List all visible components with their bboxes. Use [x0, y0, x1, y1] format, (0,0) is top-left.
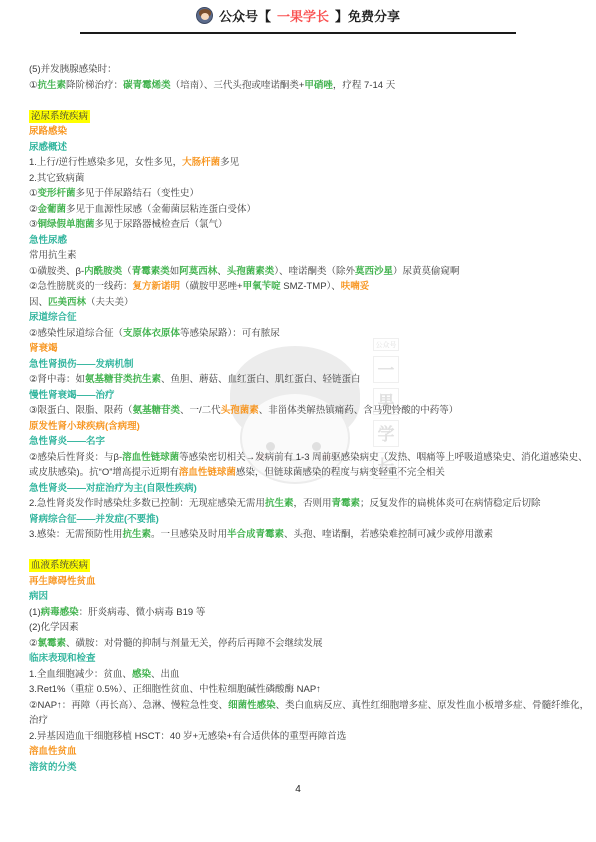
subsection-heading: 肾病综合征——并发症(不要推): [29, 512, 581, 528]
section-heading: 肾衰竭: [29, 341, 581, 357]
text-segment: 1.全血细胞减少：贫血、: [29, 669, 132, 680]
text-segment: 、出血: [151, 669, 180, 680]
text-segment: （: [122, 266, 132, 277]
text-line: ①抗生素降阶梯治疗：碳青霉烯类（培南）、三代头孢或喹诺酮类+甲硝唑，疗程 7-1…: [29, 78, 581, 94]
text-segment: 急性肾炎——名字: [29, 436, 105, 447]
text-segment: ②感染后性肾炎：与β-: [29, 452, 122, 463]
text-segment: 变形杆菌: [38, 188, 76, 199]
text-segment: 原发性肾小球疾病(含病理): [29, 421, 140, 432]
text-segment: 临床表现和检查: [29, 653, 96, 664]
text-segment: ）尿黄莫偷窥啊: [393, 266, 460, 277]
text-segment: 慢性肾衰竭——治疗: [29, 390, 115, 401]
text-line: 1.上行/逆行性感染多见，女性多见，大肠杆菌多见: [29, 155, 581, 171]
text-line: 常用抗生素: [29, 248, 581, 264]
text-segment: 多见: [220, 157, 239, 168]
text-segment: 或皮肤感染)。抗“O”增高提示近期有: [29, 467, 179, 478]
text-line: 2.异基因造血干细胞移植 HSCT：40 岁+无感染+有合适供体的重型再障首选: [29, 729, 581, 745]
text-segment: 、一/二代: [180, 405, 221, 416]
section-heading: 再生障碍性贫血: [29, 574, 581, 590]
text-segment: ③: [29, 219, 38, 230]
text-segment: 多见于伴尿路结石（变性史）: [76, 188, 200, 199]
text-line: (1)病毒感染：肝炎病毒、微小病毒 B19 等: [29, 605, 581, 621]
text-segment: 阿莫西林: [179, 266, 217, 277]
text-segment: ，否则用: [293, 498, 331, 509]
text-segment: (1): [29, 607, 41, 618]
text-segment: 抗生素: [122, 529, 151, 540]
text-segment: 3.感染：无需预防性用: [29, 529, 122, 540]
text-segment: ②: [29, 638, 38, 649]
text-segment: 治疗: [29, 715, 48, 726]
text-segment: 急性尿感: [29, 235, 67, 246]
subsection-heading: 尿感概述: [29, 140, 581, 156]
text-segment: 2.其它致病菌: [29, 173, 84, 184]
boy-avatar-icon: [196, 7, 213, 24]
text-segment: 3.Ret1%（重症 0.5%）、正细胞性贫血、中性粒细胞碱性磷酸酶 NAP↑: [29, 684, 321, 695]
text-segment: 溶血性链球菌: [179, 467, 236, 478]
text-segment: 氯霉素: [38, 638, 67, 649]
text-segment: 多见于血源性尿感（金葡菌层粘连蛋白受体）: [66, 204, 256, 215]
text-segment: 因、: [29, 297, 48, 308]
text-segment: ②感染性尿道综合征（: [29, 328, 123, 339]
text-segment: 细菌性感染: [228, 700, 276, 711]
text-line: ②肾中毒：如氨基糖苷类抗生素、鱼胆、蘑菇、血红蛋白、肌红蛋白、轻链蛋白: [29, 372, 581, 388]
text-segment: 铜绿假单胞菌: [38, 219, 95, 230]
text-line: 1.全血细胞减少：贫血、感染、出血: [29, 667, 581, 683]
subsection-heading: 溶贫的分类: [29, 760, 581, 776]
text-segment: 溶血性贫血: [29, 746, 77, 757]
text-segment: 病毒感染: [41, 607, 79, 618]
text-line: 2.其它致病菌: [29, 171, 581, 187]
text-segment: ：肝炎病毒、微小病毒 B19 等: [79, 607, 206, 618]
text-segment: ，疗程 7-14 天: [333, 80, 395, 91]
text-segment: (5)并发胰腺感染时：: [29, 64, 117, 75]
header-title-suffix: 】免费分享: [335, 6, 400, 25]
text-segment: 尿路感染: [29, 126, 67, 137]
subsection-heading: 临床表现和检查: [29, 651, 581, 667]
text-segment: ①: [29, 188, 38, 199]
text-segment: 泌尿系统疾病: [31, 111, 88, 122]
text-segment: 支原体衣原体: [123, 328, 180, 339]
section-heading: 溶血性贫血: [29, 744, 581, 760]
text-segment: 2.异基因造血干细胞移植 HSCT：40 岁+无感染+有合适供体的重型再障首选: [29, 731, 346, 742]
text-segment: 急性肾损伤——发病机制: [29, 359, 134, 370]
highlighted-section-title: 泌尿系统疾病: [29, 109, 581, 125]
text-segment: 肾病综合征——并发症(不要推): [29, 514, 159, 525]
subsection-heading: 急性肾损伤——发病机制: [29, 357, 581, 373]
header-divider: [80, 32, 516, 34]
blank-line: [29, 93, 581, 109]
document-page: 公众号【一果学长】免费分享 公众号一果学长 (5)并发胰腺感染时：①抗生素降阶梯…: [0, 0, 596, 842]
highlighted-section-title: 血液系统疾病: [29, 558, 581, 574]
text-segment: 2.急性肾炎发作时感染灶多数已控制：无现症感染无需用: [29, 498, 265, 509]
text-segment: 青霉素: [331, 498, 360, 509]
text-segment: ；反复发作的扁桃体炎可在病情稳定后切除: [360, 498, 541, 509]
text-line: ①磺胺类、β-内酰胺类（青霉素类如阿莫西林、头孢菌素类）、喹诺酮类（除外莫西沙星…: [29, 264, 581, 280]
text-segment: 呋喃妥: [341, 281, 370, 292]
page-number: 4: [295, 784, 301, 795]
text-segment: ②肾中毒：如: [29, 374, 85, 385]
text-segment: (2)化学因素: [29, 622, 79, 633]
text-segment: 急性肾炎——对症治疗为主(自限性疾病): [29, 483, 197, 494]
text-line: 3.感染：无需预防性用抗生素。一旦感染及时用半合成青霉素、头孢、喹诺酮，若感染难…: [29, 527, 581, 543]
text-segment: 甲氧苄啶: [243, 281, 281, 292]
text-segment: ）、喹诺酮类（除外: [274, 266, 355, 277]
text-line: (2)化学因素: [29, 620, 581, 636]
text-line: ②感染性尿道综合征（支原体衣原体等感染尿路）：可有脓尿: [29, 326, 581, 342]
text-segment: 抗生素: [265, 498, 294, 509]
text-segment: 、非甾体类解热镇痛药、含马兜铃酸的中药等）: [259, 405, 459, 416]
text-segment: 、: [217, 266, 227, 277]
text-segment: 、鱼胆、蘑菇、血红蛋白、肌红蛋白、轻链蛋白: [161, 374, 361, 385]
text-line: 因、匹美西林（夫夫美）: [29, 295, 581, 311]
text-segment: 等感染尿路）：可有脓尿: [180, 328, 280, 339]
header-title: 公众号【一果学长】免费分享: [196, 6, 400, 25]
text-segment: 金葡菌: [38, 204, 67, 215]
text-segment: 氨基糖苷类抗生素: [85, 374, 161, 385]
page-header: 公众号【一果学长】免费分享: [0, 6, 596, 34]
subsection-heading: 急性肾炎——对症治疗为主(自限性疾病): [29, 481, 581, 497]
text-segment: 甲硝唑: [304, 80, 333, 91]
text-segment: ②急性膀胱炎的一线药：: [29, 281, 133, 292]
text-segment: 1.上行/逆行性感染多见，女性多见，: [29, 157, 182, 168]
text-segment: 等感染密切相关→发病前有 1-3 周前驱感染病史（发热、咽痛等上呼吸道感染史、消…: [179, 452, 588, 463]
text-line: ②急性膀胱炎的一线药：复方新诺明（磺胺甲恶唑+甲氧苄啶 SMZ-TMP）、呋喃妥: [29, 279, 581, 295]
text-line: ②NAP↑：再障（再长高）、急淋、慢粒急性变、细菌性感染、类白血病反应、真性红细…: [29, 698, 581, 714]
text-segment: 碳青霉烯类: [123, 80, 171, 91]
text-segment: （夫夫美）: [86, 297, 134, 308]
text-segment: 大肠杆菌: [182, 157, 220, 168]
text-segment: 青霉素类: [132, 266, 170, 277]
text-segment: ②NAP↑：再障（再长高）、急淋、慢粒急性变、: [29, 700, 228, 711]
notes-content: (5)并发胰腺感染时：①抗生素降阶梯治疗：碳青霉烯类（培南）、三代头孢或喹诺酮类…: [29, 62, 581, 775]
text-segment: ②: [29, 204, 38, 215]
text-line: ③限蛋白、限脂、限药（氨基糖苷类、一/二代头孢菌素、非甾体类解热镇痛药、含马兜铃…: [29, 403, 581, 419]
subsection-heading: 急性尿感: [29, 233, 581, 249]
subsection-heading: 尿道综合征: [29, 310, 581, 326]
text-segment: 尿道综合征: [29, 312, 77, 323]
text-segment: 匹美西林: [48, 297, 86, 308]
text-segment: 复方新诺明: [133, 281, 181, 292]
text-segment: 多见于尿路器械检查后（氯气）: [95, 219, 228, 230]
text-segment: 常用抗生素: [29, 250, 77, 261]
text-segment: 溶血性链球菌: [122, 452, 179, 463]
text-segment: ①: [29, 80, 38, 91]
text-segment: 内酰胺类: [84, 266, 122, 277]
text-line: ②金葡菌多见于血源性尿感（金葡菌层粘连蛋白受体）: [29, 202, 581, 218]
text-segment: 头孢菌素: [221, 405, 259, 416]
text-segment: 头孢菌素类: [227, 266, 275, 277]
blank-line: [29, 543, 581, 559]
text-segment: 溶贫的分类: [29, 762, 77, 773]
text-line: ②感染后性肾炎：与β-溶血性链球菌等感染密切相关→发病前有 1-3 周前驱感染病…: [29, 450, 581, 466]
text-segment: 莫西沙星: [355, 266, 393, 277]
text-line: 治疗: [29, 713, 581, 729]
text-segment: 。一旦感染及时用: [151, 529, 227, 540]
text-segment: 半合成青霉素: [227, 529, 284, 540]
header-brand-name: 一果学长: [277, 6, 329, 25]
highlight-marker: 泌尿系统疾病: [29, 110, 90, 123]
text-segment: 、类白血病反应、真性红细胞增多症、原发性血小板增多症、骨髓纤维化，: [276, 700, 590, 711]
text-line: 2.急性肾炎发作时感染灶多数已控制：无现症感染无需用抗生素，否则用青霉素；反复发…: [29, 496, 581, 512]
text-segment: （培南）、三代头孢或喹诺酮类+: [171, 80, 305, 91]
text-line: 3.Ret1%（重症 0.5%）、正细胞性贫血、中性粒细胞碱性磷酸酶 NAP↑: [29, 682, 581, 698]
subsection-heading: 病因: [29, 589, 581, 605]
text-line: 或皮肤感染)。抗“O”增高提示近期有溶血性链球菌感染，但链球菌感染的程度与病变轻…: [29, 465, 581, 481]
text-segment: 如: [170, 266, 180, 277]
header-title-prefix: 公众号【: [219, 6, 271, 25]
text-segment: 肾衰竭: [29, 343, 58, 354]
text-segment: 血液系统疾病: [31, 560, 88, 571]
text-segment: 感染，但链球菌感染的程度与病变轻重不完全相关: [236, 467, 445, 478]
text-segment: 尿感概述: [29, 142, 67, 153]
text-segment: SMZ-TMP）、: [281, 281, 341, 292]
text-segment: ③限蛋白、限脂、限药（: [29, 405, 133, 416]
text-segment: 再生障碍性贫血: [29, 576, 96, 587]
highlight-marker: 血液系统疾病: [29, 559, 90, 572]
text-segment: （磺胺甲恶唑+: [180, 281, 243, 292]
text-segment: 氨基糖苷类: [133, 405, 181, 416]
text-segment: ①磺胺类、β-: [29, 266, 84, 277]
text-segment: 感染: [132, 669, 151, 680]
text-segment: 降阶梯治疗：: [66, 80, 123, 91]
section-heading: 尿路感染: [29, 124, 581, 140]
subsection-heading: 慢性肾衰竭——治疗: [29, 388, 581, 404]
text-line: (5)并发胰腺感染时：: [29, 62, 581, 78]
text-line: ②氯霉素、磺胺：对骨髓的抑制与剂量无关，停药后再障不会继续发展: [29, 636, 581, 652]
text-segment: 、磺胺：对骨髓的抑制与剂量无关，停药后再障不会继续发展: [66, 638, 323, 649]
section-heading: 原发性肾小球疾病(含病理): [29, 419, 581, 435]
text-segment: 病因: [29, 591, 48, 602]
text-line: ①变形杆菌多见于伴尿路结石（变性史）: [29, 186, 581, 202]
text-segment: 抗生素: [38, 80, 67, 91]
text-segment: 、头孢、喹诺酮，若感染难控制可减少或停用激素: [284, 529, 493, 540]
text-line: ③铜绿假单胞菌多见于尿路器械检查后（氯气）: [29, 217, 581, 233]
subsection-heading: 急性肾炎——名字: [29, 434, 581, 450]
page-footer: 4: [0, 779, 596, 797]
